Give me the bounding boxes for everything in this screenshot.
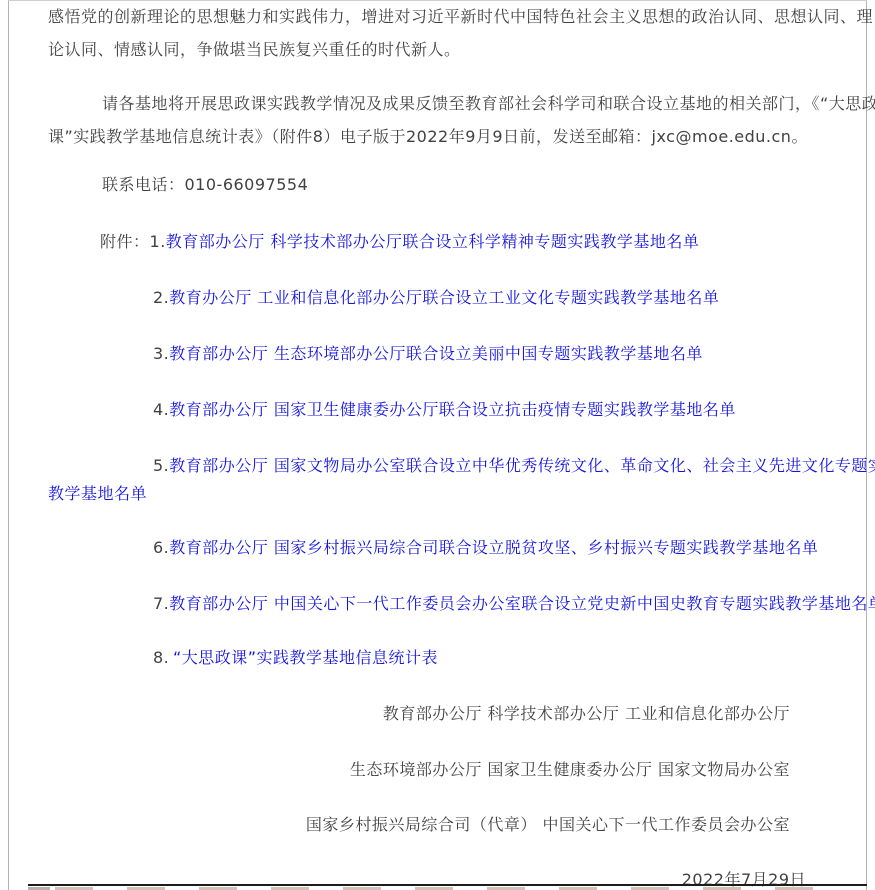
attachment-8-link[interactable]: “大思政课”实践教学基地信息统计表 — [173, 648, 438, 667]
signature-line-2: 生态环境部办公厅 国家卫生健康委办公厅 国家文物局办公室 — [0, 760, 790, 780]
attachment-1-link[interactable]: 教育部办公厅 科学技术部办公厅联合设立科学精神专题实践教学基地名单 — [166, 232, 700, 251]
attachment-item-4: 4.教育部办公厅 国家卫生健康委办公厅联合设立抗击疫情专题实践教学基地名单 — [153, 400, 736, 420]
attachment-6-number: 6. — [153, 538, 169, 557]
page-left-border — [8, 0, 9, 890]
attachment-2-number: 2. — [153, 288, 169, 307]
attachment-5-link-line1[interactable]: 教育部办公厅 国家文物局办公室联合设立中华优秀传统文化、革命文化、社会主义先进文… — [169, 456, 875, 475]
body-paragraph1-line1: 感悟党的创新理论的思想魅力和实践伟力，增进对习近平新时代中国特色社会主义思想的政… — [48, 7, 873, 27]
attachment-6-link[interactable]: 教育部办公厅 国家乡村振兴局综合司联合设立脱贫攻坚、乡村振兴专题实践教学基地名单 — [169, 538, 818, 557]
attachment-item-5-line2: 教学基地名单 — [48, 484, 147, 504]
attachment-item-8: 8. “大思政课”实践教学基地信息统计表 — [153, 648, 438, 668]
attachments-label: 附件： — [100, 232, 150, 251]
signature-line-1: 教育部办公厅 科学技术部办公厅 工业和信息化部办公厅 — [0, 704, 790, 724]
body-paragraph1-line2: 论认同、情感认同，争做堪当民族复兴重任的时代新人。 — [48, 40, 461, 60]
attachment-1-number: 1. — [150, 232, 166, 251]
attachment-4-number: 4. — [153, 400, 169, 419]
signature-line-3: 国家乡村振兴局综合司（代章） 中国关心下一代工作委员会办公室 — [0, 815, 790, 835]
attachment-3-link[interactable]: 教育部办公厅 生态环境部办公厅联合设立美丽中国专题实践教学基地名单 — [169, 344, 703, 363]
attachment-8-number: 8. — [153, 648, 169, 667]
attachment-item-2: 2.教育办公厅 工业和信息化部办公厅联合设立工业文化专题实践教学基地名单 — [153, 288, 719, 308]
body-paragraph2-line2: 课”实践教学基地信息统计表》（附件8）电子版于2022年9月9日前，发送至邮箱：… — [48, 127, 808, 147]
attachment-7-number: 7. — [153, 594, 169, 613]
contact-phone: 联系电话：010-66097554 — [102, 175, 308, 195]
attachment-4-link[interactable]: 教育部办公厅 国家卫生健康委办公厅联合设立抗击疫情专题实践教学基地名单 — [169, 400, 736, 419]
attachment-item-3: 3.教育部办公厅 生态环境部办公厅联合设立美丽中国专题实践教学基地名单 — [153, 344, 703, 364]
attachment-item-5-line1: 5.教育部办公厅 国家文物局办公室联合设立中华优秀传统文化、革命文化、社会主义先… — [153, 456, 875, 476]
attachment-3-number: 3. — [153, 344, 169, 363]
page-right-border — [866, 0, 867, 890]
page-top-border — [8, 0, 867, 1]
cutoff-row-top-border — [28, 884, 867, 886]
body-paragraph2-line1: 请各基地将开展思政课实践教学情况及成果反馈至教育部社会科学司和联合设立基地的相关… — [102, 94, 875, 114]
attachment-item-6: 6.教育部办公厅 国家乡村振兴局综合司联合设立脱贫攻坚、乡村振兴专题实践教学基地… — [153, 538, 818, 558]
attachment-7-link[interactable]: 教育部办公厅 中国关心下一代工作委员会办公室联合设立党史新中国史教育专题实践教学… — [169, 594, 875, 613]
attachment-5-link-line2[interactable]: 教学基地名单 — [48, 484, 147, 503]
attachment-item-1: 附件：1.教育部办公厅 科学技术部办公厅联合设立科学精神专题实践教学基地名单 — [100, 232, 699, 252]
attachment-2-link[interactable]: 教育办公厅 工业和信息化部办公厅联合设立工业文化专题实践教学基地名单 — [169, 288, 719, 307]
document-page: 感悟党的创新理论的思想魅力和实践伟力，增进对习近平新时代中国特色社会主义思想的政… — [0, 0, 875, 890]
attachment-5-number: 5. — [153, 456, 169, 475]
attachment-item-7: 7.教育部办公厅 中国关心下一代工作委员会办公室联合设立党史新中国史教育专题实践… — [153, 594, 875, 614]
